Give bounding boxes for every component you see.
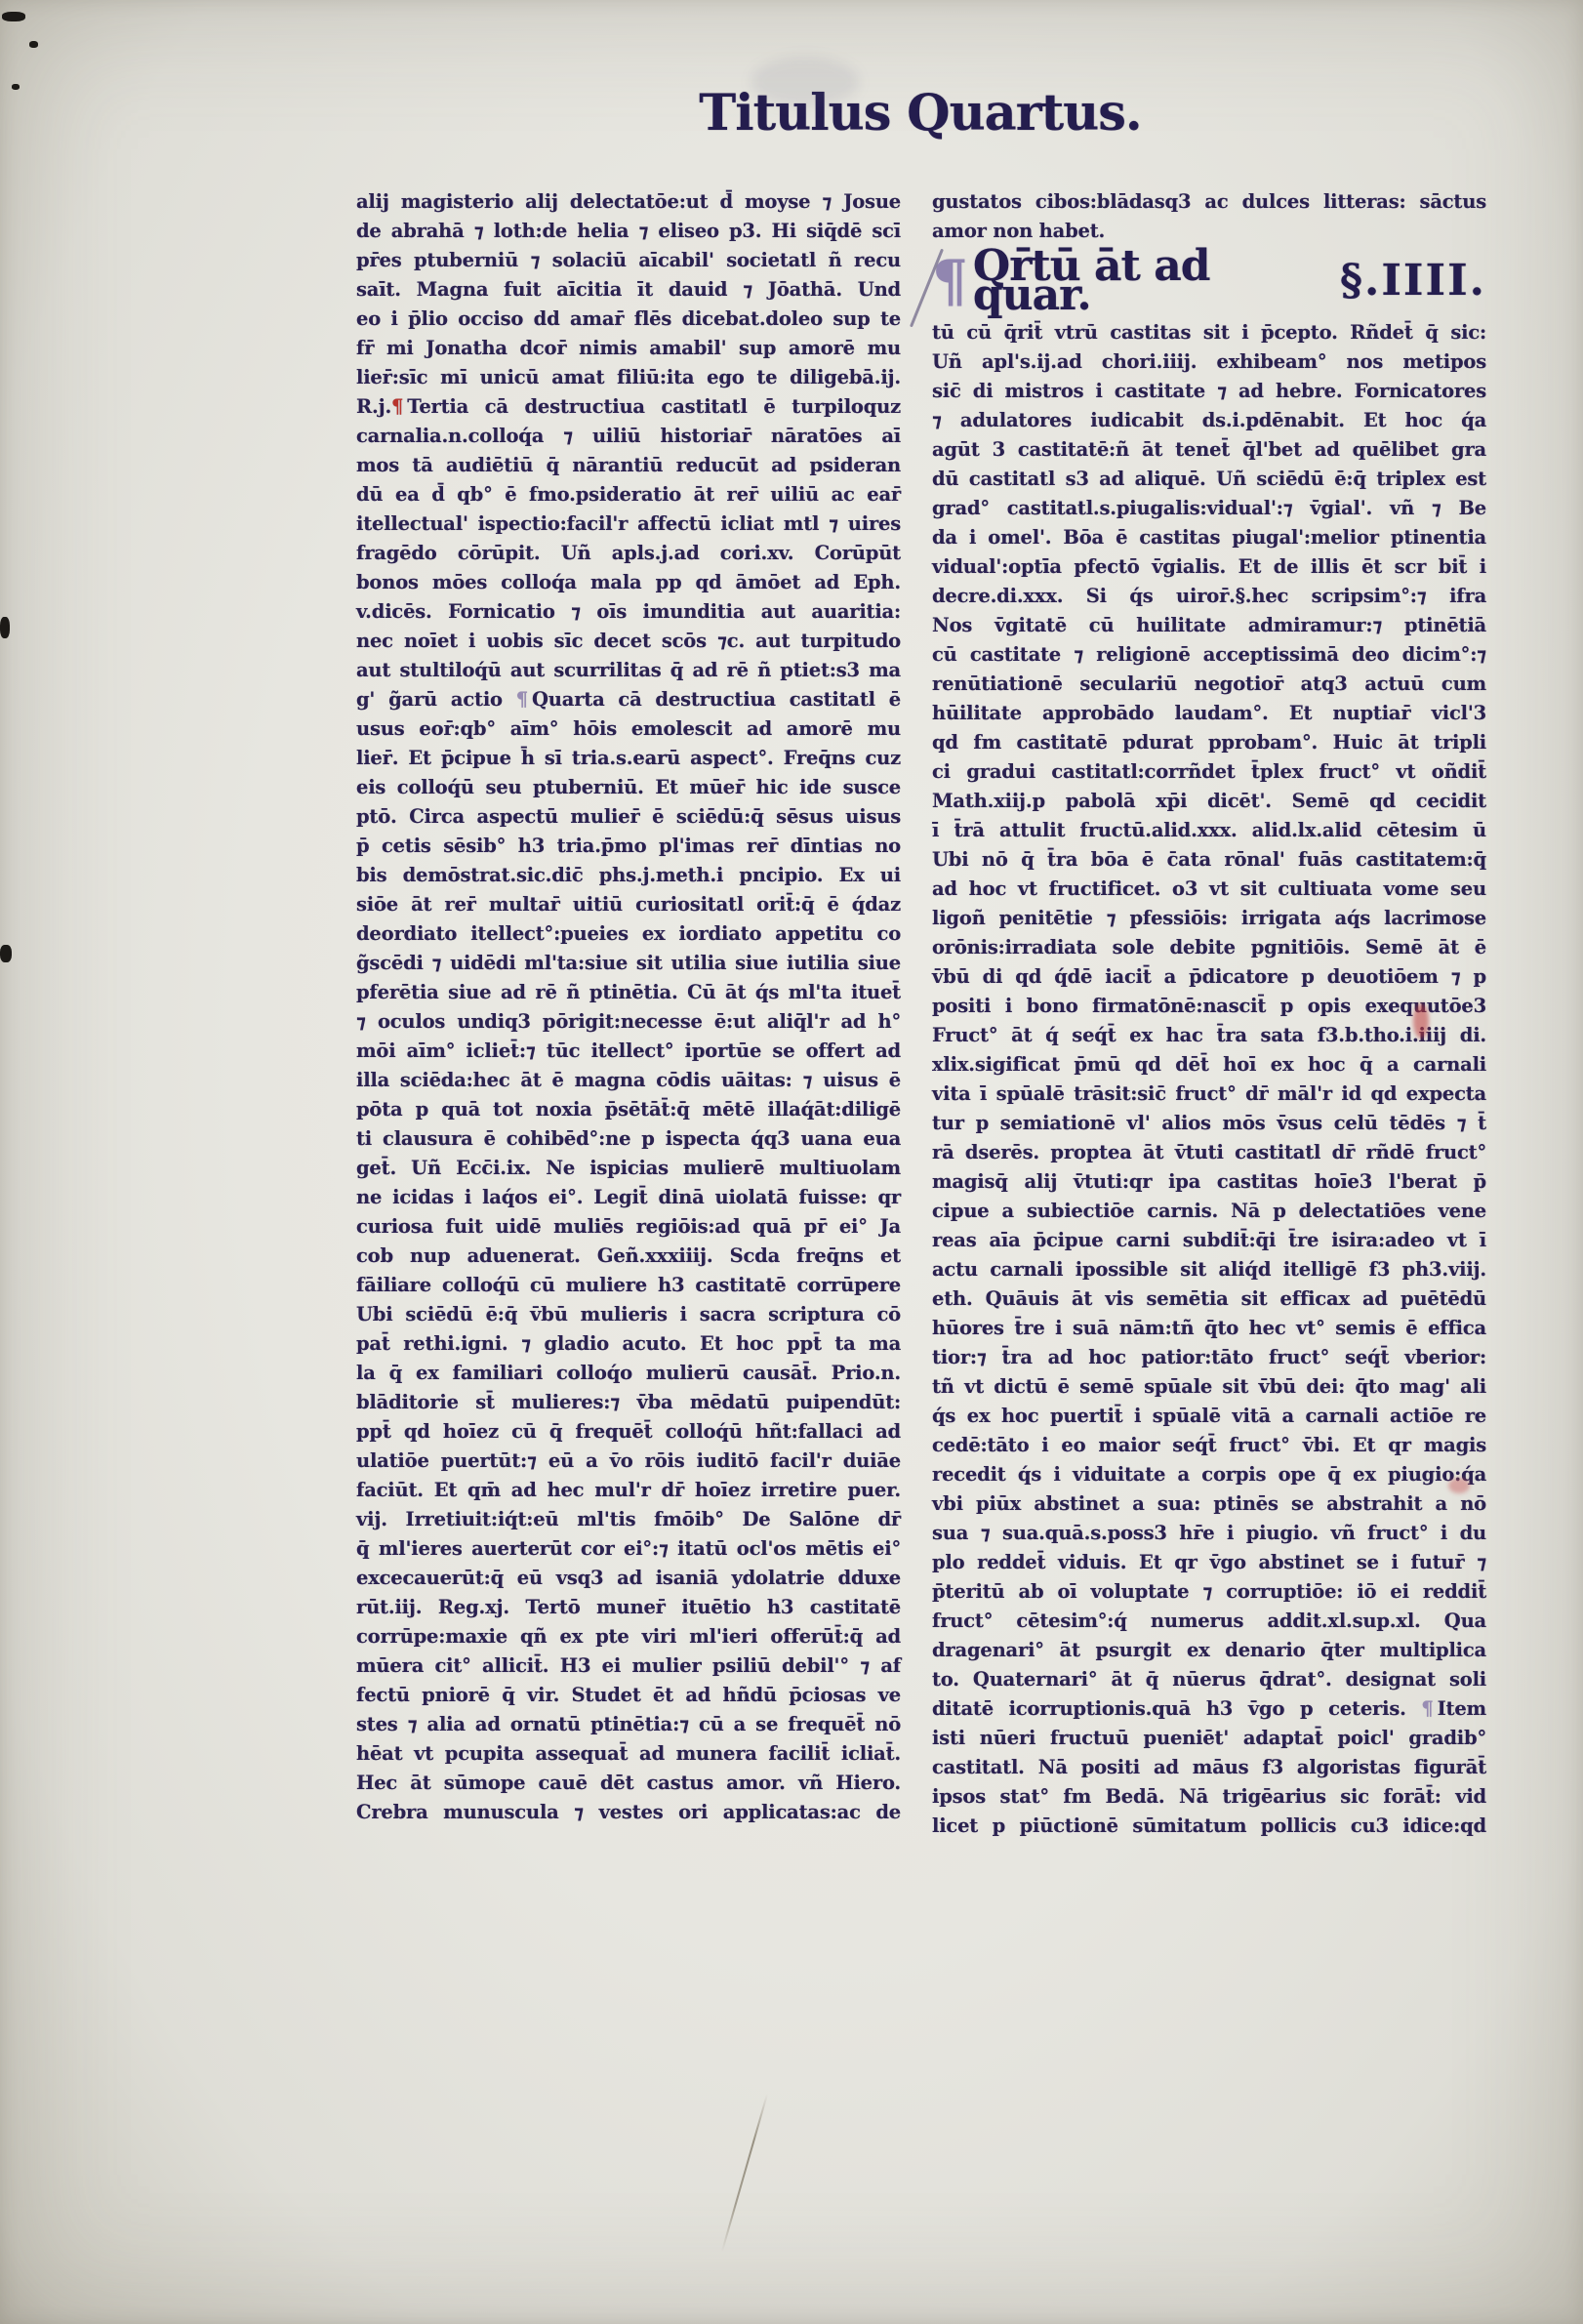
text-line: cipue a subiectiōe carnis. Nā p delectat… bbox=[932, 1197, 1486, 1226]
pilcrow-icon: ¶ bbox=[391, 395, 407, 418]
text-line: isti nūeri fructuū pueniēt' adaptat̄ poi… bbox=[932, 1724, 1486, 1753]
text-line: q́s ex hoc puertit̄ i spūalē vitā a carn… bbox=[932, 1402, 1486, 1431]
text-line: bonos mōes colloq́a mala pp qd āmōet ad … bbox=[356, 568, 901, 597]
text-line: blāditorie st̄ mulieres:⁊ v̄ba mēdatū pu… bbox=[356, 1388, 901, 1417]
section-number: §.IIII. bbox=[1340, 266, 1486, 296]
text-line: Nos v̄gitatē cū huilitate admiramur:⁊ pt… bbox=[932, 611, 1486, 640]
text-line: Uñ apl's.ij.ad chori.iiij. exhibeam° nos… bbox=[932, 347, 1486, 377]
text-line: fruct° cētesim°:q́ numerus addit.xl.sup.… bbox=[932, 1607, 1486, 1636]
text-line: mōi aīm° icliet̄:⁊ tūc itellect° iportūe… bbox=[356, 1037, 901, 1066]
text-line: p̄teritū ab oī voluptate ⁊ corruptiōe: i… bbox=[932, 1577, 1486, 1607]
text-line: mūera cit° allicit̄. H3 ei mulier psiliū… bbox=[356, 1651, 901, 1681]
text-line: mos tā audiētiū q̄ nārantiū reducūt ad p… bbox=[356, 451, 901, 480]
text-line: pōta p quā tot noxia p̄sētāt̄:q̄ mētē il… bbox=[356, 1095, 901, 1124]
text-line: ci gradui castitatl:corrñdet t̄plex fruc… bbox=[932, 757, 1486, 787]
text-line: vita ī spūalē trāsit:sic̄ fruct° dr̄ māl… bbox=[932, 1080, 1486, 1109]
text-line: rūt.iij. Reg.xj. Tertō muner̄ ituētio h3… bbox=[356, 1593, 901, 1622]
pilcrow-icon: ¶ bbox=[516, 688, 532, 711]
text-line: cū castitate ⁊ religionē acceptissimā de… bbox=[932, 640, 1486, 670]
text-line: ad hoc vt fructificet. o3 vt sit cultiua… bbox=[932, 875, 1486, 904]
ink-speck bbox=[0, 945, 12, 962]
text-line: get̄. Uñ Ecc̄i.ix. Ne ispicias mulierē m… bbox=[356, 1154, 901, 1183]
text-line: ⁊ adulatores iudicabit ds.i.pdēnabit. Et… bbox=[932, 406, 1486, 435]
text-line: fr̄ mi Jonatha dcor̄ nimis amabil' sup a… bbox=[356, 334, 901, 363]
show-through-smudge bbox=[751, 57, 859, 107]
red-stain bbox=[1413, 1003, 1429, 1039]
ink-speck bbox=[12, 84, 20, 90]
text-line: ti clausura ē cohibēd°:ne p ispecta q́q3… bbox=[356, 1124, 901, 1154]
right-column-intro: gustatos cibos:blādasq3 ac dulces litter… bbox=[932, 187, 1486, 246]
text-line: ⁊ oculos undiq3 pōrigit:necesse ē:ut ali… bbox=[356, 1007, 901, 1037]
left-text-column: alij magisterio alij delectatōe:ut d̄ mo… bbox=[356, 187, 901, 1827]
text-line: g' g̃arū actio ¶Quarta cā destructiua ca… bbox=[356, 685, 901, 714]
text-line: to. Quaternari° āt q̄ nūerus q̄drat°. de… bbox=[932, 1665, 1486, 1694]
text-line: fectū pniorē q̄ vir. Studet ēt ad hñdū p… bbox=[356, 1681, 901, 1710]
pilcrow-icon: ¶ bbox=[1421, 1697, 1437, 1720]
text-line: pat̄ rethi.igni. ⁊ gladio acuto. Et hoc … bbox=[356, 1329, 901, 1359]
ink-speck bbox=[2, 12, 25, 21]
text-line: eth. Quāuis āt vis semētia sit efficax a… bbox=[932, 1284, 1486, 1314]
text-line: alij magisterio alij delectatōe:ut d̄ mo… bbox=[356, 187, 901, 217]
right-column-body: tū cū q̄rit̄ vtrū castitas sit i p̄cepto… bbox=[932, 318, 1486, 1841]
text-line: reas aīa p̄cipue carni subdit̄:q̄i t̄re … bbox=[932, 1226, 1486, 1255]
text-line: Crebra munuscula ⁊ vestes ori applicatas… bbox=[356, 1798, 901, 1827]
text-line: corrūpe:maxie qñ ex pte viri ml'ieri off… bbox=[356, 1622, 901, 1651]
text-line: ipsos stat° fm Bedā. Nā trigēarius sic f… bbox=[932, 1782, 1486, 1812]
text-line: lier̄. Et p̄cipue h̄ sī tria.s.earū aspe… bbox=[356, 744, 901, 773]
text-line: grad° castitatl.s.piugalis:vidual':⁊ v̄g… bbox=[932, 494, 1486, 523]
text-line: itellectual' ispectio:facil'r affectū ic… bbox=[356, 510, 901, 539]
text-line: hēat vt pcupita assequat̄ ad munera faci… bbox=[356, 1739, 901, 1769]
text-line: tū cū q̄rit̄ vtrū castitas sit i p̄cepto… bbox=[932, 318, 1486, 347]
text-line: gustatos cibos:blādasq3 ac dulces litter… bbox=[932, 187, 1486, 217]
text-line: ne icidas i laq́os ei°. Legit̄ dinā uiol… bbox=[356, 1183, 901, 1212]
text-line: pferētia siue ad rē ñ ptinētia. Cū āt q́… bbox=[356, 978, 901, 1007]
text-line: positi i bono firmatōnē:nascit̄ p opis e… bbox=[932, 992, 1486, 1021]
text-line: ulatiōe puertūt:⁊ eū a v̄o rōis iuditō f… bbox=[356, 1447, 901, 1476]
text-line: lier̄:sīc mī unicū amat filiū:ita ego te… bbox=[356, 363, 901, 392]
text-line: faciūt. Et qm̄ ad hec mul'r dr̄ hoīez ir… bbox=[356, 1476, 901, 1505]
text-line: cob nup aduenerat. Geñ.xxxiiij. Scda fre… bbox=[356, 1242, 901, 1271]
text-line: sua ⁊ sua.quā.s.poss3 hr̄e i piugio. vñ … bbox=[932, 1519, 1486, 1548]
text-line: fragēdo cōrūpit. Uñ apls.j.ad cori.xv. C… bbox=[356, 539, 901, 568]
page-title: Titulus Quartus. bbox=[356, 84, 1484, 146]
text-line: Ubi sciēdū ē:q̄ v̄bū mulieris i sacra sc… bbox=[356, 1300, 901, 1329]
text-line: saīt. Magna fuit aīcitia īt dauid ⁊ Jōat… bbox=[356, 275, 901, 305]
text-line: carnalia.n.colloq́a ⁊ uiliū historiar̄ n… bbox=[356, 422, 901, 451]
text-line: ptō. Circa aspectū mulier̄ ē sciēdū:q̄ s… bbox=[356, 802, 901, 832]
text-line: da i omel'. Bōa ē castitas piugal':melio… bbox=[932, 523, 1486, 552]
text-line: licet p piūctionē sūmitatum pollicis cu3… bbox=[932, 1812, 1486, 1841]
text-line: Fruct° āt q́ seq́t̄ ex hac t̄ra sata f3.… bbox=[932, 1021, 1486, 1050]
text-line: R.j.¶Tertia cā destructiua castitatl ē t… bbox=[356, 392, 901, 422]
text-line: dragenari° āt psurgit ex denario q̄ter m… bbox=[932, 1636, 1486, 1665]
text-line: fāiliare colloq́ū cū muliere h3 castitat… bbox=[356, 1271, 901, 1300]
text-line: usus eor̄:qb° aīm° hōis emolescit ad amo… bbox=[356, 714, 901, 744]
text-line: tñ vt dictū ē semē spūale sit v̄bū dei: … bbox=[932, 1372, 1486, 1402]
text-line: renūtiationē seculariū negotior̄ atq3 ac… bbox=[932, 670, 1486, 699]
ink-speck bbox=[29, 41, 38, 48]
ink-speck bbox=[0, 617, 10, 638]
text-line: g̃scēdi ⁊ uidēdi ml'ta:siue sit utilia s… bbox=[356, 949, 901, 978]
text-line: castitatl. Nā positi ad māus f3 algorist… bbox=[932, 1753, 1486, 1782]
text-line: la q̄ ex familiari colloq́o mulierū caus… bbox=[356, 1359, 901, 1388]
text-line: rā dserēs. proptea āt v̄tuti castitatl d… bbox=[932, 1138, 1486, 1167]
text-line: ī t̄rā attulit fructū.alid.xxx. alid.lx.… bbox=[932, 816, 1486, 845]
text-line: pr̄es ptuberniū ⁊ solaciū aīcabil' socie… bbox=[356, 246, 901, 275]
text-line: siōe āt rer̄ multar̄ uitiū curiositatl o… bbox=[356, 890, 901, 919]
text-line: eis colloq́ū seu ptuberniū. Et mūer̄ hic… bbox=[356, 773, 901, 802]
right-text-column: gustatos cibos:blādasq3 ac dulces litter… bbox=[932, 187, 1486, 1841]
text-line: dū ea d̄ qb° ē fmo.psideratio āt rer̄ ui… bbox=[356, 480, 901, 510]
text-line: aut stultiloq́ū aut scurrilitas q̄ ad rē… bbox=[356, 656, 901, 685]
text-line: bis demōstrat.sic.dic̄ phs.j.meth.i pnci… bbox=[356, 861, 901, 890]
text-line: Ubi nō q̄ t̄ra bōa ē c̄ata rōnal' fuās c… bbox=[932, 845, 1486, 875]
section-heading: ¶ Qr̄tū āt ad quar. §.IIII. bbox=[932, 248, 1486, 314]
text-line: curiosa fuit uidē muliēs regiōis:ad quā … bbox=[356, 1212, 901, 1242]
text-line: ligoñ penitētie ⁊ pfessiōis: irrigata aq… bbox=[932, 904, 1486, 933]
paper-background: Titulus Quartus. alij magisterio alij de… bbox=[0, 0, 1583, 2324]
text-line: decre.di.xxx. Si q́s uiror̄.§.hec scrips… bbox=[932, 582, 1486, 611]
text-line: Hec āt sūmope cauē dēt castus amor. vñ H… bbox=[356, 1769, 901, 1798]
text-line: recedit q́s i viduitate a corpis ope q̄ … bbox=[932, 1460, 1486, 1489]
scratch-line bbox=[721, 2094, 768, 2252]
text-line: vij. Irretiuit:iq́t:eū ml'tis fmōib° De … bbox=[356, 1505, 901, 1534]
text-line: xlix.sigificat p̄mū qd dēt̄ hoī ex hoc q… bbox=[932, 1050, 1486, 1080]
text-line: tior:⁊ t̄ra ad hoc patior:tāto fruct° se… bbox=[932, 1343, 1486, 1372]
text-line: eo i p̄lio occiso dd amar̄ flēs dicebat.… bbox=[356, 305, 901, 334]
text-line: vbi piūx abstinet a sua: ptinēs se abstr… bbox=[932, 1489, 1486, 1519]
scanned-book-page: { "page": { "header_title": "Titulus Qua… bbox=[0, 0, 1583, 2324]
text-line: orōnis:irradiata sole debite pgnitiōis. … bbox=[932, 933, 1486, 962]
text-line: hūores t̄re i suā nām:tñ q̄to hec vt° se… bbox=[932, 1314, 1486, 1343]
text-line: Math.xiij.p pabolā xp̄i dicēt'. Semē qd … bbox=[932, 787, 1486, 816]
text-line: sic̄ di mistros i castitate ⁊ ad hebre. … bbox=[932, 377, 1486, 406]
text-line: tur p semiationē vl' alios mōs v̄sus cel… bbox=[932, 1109, 1486, 1138]
text-line: excecauerūt:q̄ eū vsq3 ad isaniā ydolatr… bbox=[356, 1564, 901, 1593]
text-line: nec noīet i uobis sīc decet scōs ⁊c. aut… bbox=[356, 627, 901, 656]
text-line: ppt̄ qd hoīez cū q̄ frequēt̄ colloq́ū hñ… bbox=[356, 1417, 901, 1447]
text-line: stes ⁊ alia ad ornatū ptinētia:⁊ cū a se… bbox=[356, 1710, 901, 1739]
text-line: actu carnali ipossible sit aliq́d itelli… bbox=[932, 1255, 1486, 1284]
text-line: plo reddet̄ viduis. Et qr v̄go abstinet … bbox=[932, 1548, 1486, 1577]
text-line: hūilitate approbādo laudam°. Et nuptiar̄… bbox=[932, 699, 1486, 728]
text-line: de abrahā ⁊ loth:de helia ⁊ eliseo p3. H… bbox=[356, 217, 901, 246]
text-line: ditatē icorruptionis.quā h3 v̄go p ceter… bbox=[932, 1694, 1486, 1724]
text-line: v.dicēs. Fornicatio ⁊ oīs imunditia aut … bbox=[356, 597, 901, 627]
text-line: illa sciēda:hec āt ē magna cōdis uāitas:… bbox=[356, 1066, 901, 1095]
text-line: qd fm castitatē pdurat pprobam°. Huic āt… bbox=[932, 728, 1486, 757]
text-line: cedē:tāto i eo maior seq́t̄ fruct° v̄bi.… bbox=[932, 1431, 1486, 1460]
red-stain bbox=[1448, 1478, 1470, 1493]
text-line: p̄ cetis sēsib° h3 tria.p̄mo pl'imas rer… bbox=[356, 832, 901, 861]
text-line: magisq̄ alij v̄tuti:qr ipa castitas hoīe… bbox=[932, 1167, 1486, 1197]
text-line: vidual':optīa pfectō v̄gialis. Et de ill… bbox=[932, 552, 1486, 582]
section-heading-text: Qr̄tū āt ad quar. bbox=[973, 252, 1334, 310]
text-line: q̄ ml'ieres auerterūt cor ei°:⁊ itatū oc… bbox=[356, 1534, 901, 1564]
text-line: v̄bū di qd q́dē iacit̄ a p̄dicatore p de… bbox=[932, 962, 1486, 992]
text-line: agūt 3 castitatē:ñ āt tenet̄ q̄l'bet ad … bbox=[932, 435, 1486, 465]
text-line: dū castitatl s3 ad aliquē. Uñ sciēdū ē:q… bbox=[932, 465, 1486, 494]
text-line: deordiato itellect°:pueies ex iordiato a… bbox=[356, 919, 901, 949]
